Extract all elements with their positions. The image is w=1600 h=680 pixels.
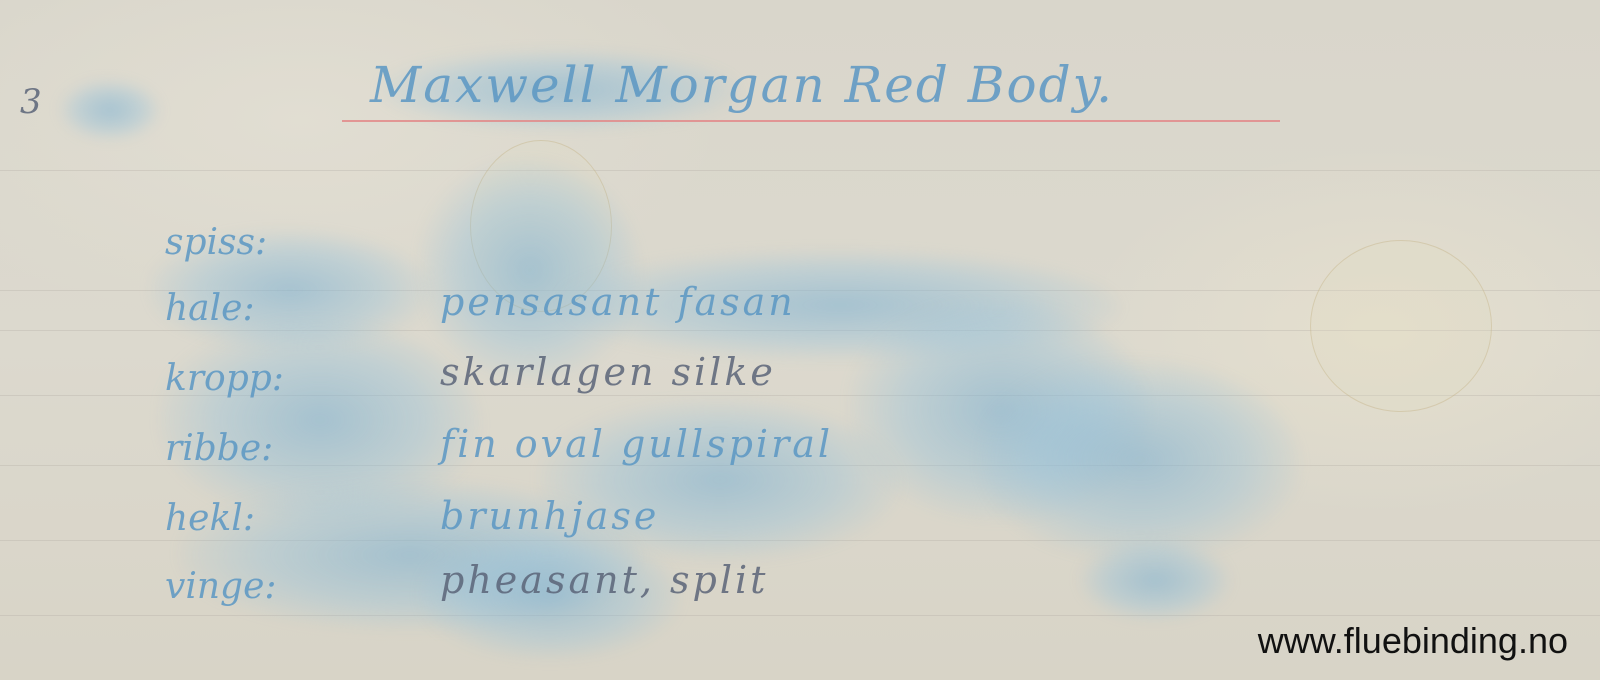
ruled-line xyxy=(0,170,1600,171)
recipe-value-tail: pensasant fasan xyxy=(440,280,796,324)
ruled-line xyxy=(0,615,1600,616)
recipe-value-wing: pheasant, split xyxy=(440,558,768,602)
page-number: 3 xyxy=(20,82,42,122)
water-stain xyxy=(1310,240,1492,412)
title-underline xyxy=(342,120,1280,122)
page-title: Maxwell Morgan Red Body. xyxy=(370,56,1114,114)
recipe-label-tip: spiss: xyxy=(165,222,267,263)
recipe-label-wing: vinge: xyxy=(165,566,277,607)
recipe-value-hackle: brunhjase xyxy=(440,494,659,538)
recipe-value-body: skarlagen silke xyxy=(440,350,776,394)
recipe-label-tail: hale: xyxy=(165,288,255,329)
recipe-label-hackle: hekl: xyxy=(165,498,255,539)
ink-blot xyxy=(1080,540,1230,620)
recipe-label-body: kropp: xyxy=(165,358,284,399)
recipe-value-rib: fin oval gullspiral xyxy=(440,422,833,466)
recipe-label-rib: ribbe: xyxy=(165,428,273,469)
ink-blot xyxy=(60,80,160,140)
watermark-url: www.fluebinding.no xyxy=(1258,620,1568,662)
